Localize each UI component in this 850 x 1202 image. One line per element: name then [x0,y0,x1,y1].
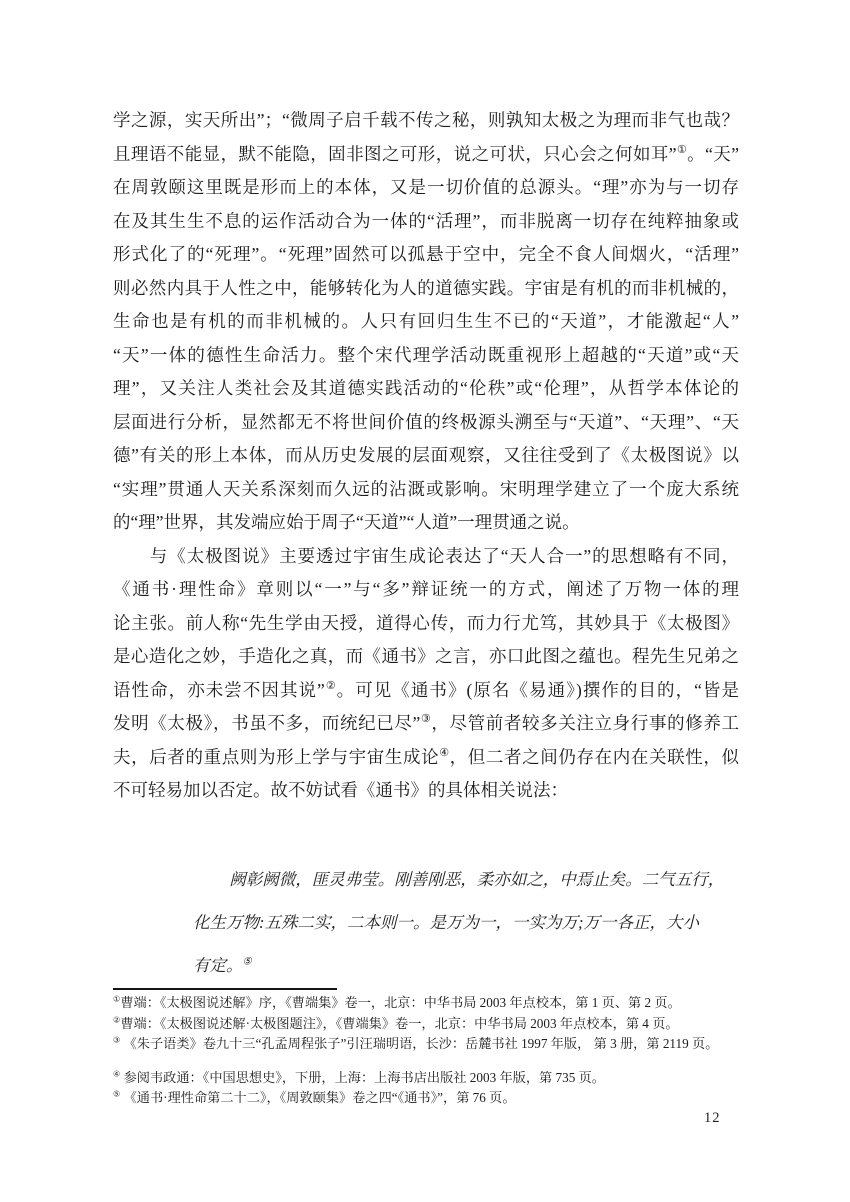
footnotes: ①曹端：《太极图说述解》序，《曹端集》卷一，北京：中华书局 2003 年点校本，… [113,993,753,1109]
body-text: 学之源，实天所出”；“微周子启千载不传之秘，则孰知太极之为理而非气也哉？ 且理语… [113,104,739,808]
quote-line: 有定。⑤ [193,944,749,987]
text-line: 形式化了的“死理”。“死理”固然可以孤悬于空中，完全不食人间烟火，“活理” [113,238,739,272]
footnote-separator [113,988,337,990]
text-line: 学之源，实天所出”；“微周子启千载不传之秘，则孰知太极之为理而非气也哉？ [113,104,739,138]
text-line: 在周敦颐这里既是形而上的本体，又是一切价值的总源头。“理”亦为与一切存 [113,171,739,205]
block-quote: 阙彰阙微，匪灵弗莹。刚善刚恶，柔亦如之，中焉止矣。二气五行， 化生万物:五殊二实… [193,858,749,987]
text-line: 理”，又关注人类社会及其道德实践活动的“伦秩”或“伦理”，从哲学本体论的 [113,372,739,406]
text-line: 论主张。前人称“先生学由天授，道得心传，而力行尤笃，其妙具于《太极图》 [113,607,739,641]
text-line: 生命也是有机的而非机械的。人只有回归生生不已的“天道”，才能激起“人” [113,305,739,339]
footnote-item: ②曹端：《太极图说述解·太极图题注》，《曹端集》卷一，北京：中华书局 2003 … [113,1014,753,1035]
quote-line: 化生万物:五殊二实，二本则一。是万为一，一实为万;万一各正，大小 [193,901,749,944]
paragraph-1: 学之源，实天所出”；“微周子启千载不传之秘，则孰知太极之为理而非气也哉？ 且理语… [113,104,739,540]
text-line: “天”一体的德性生命活力。整个宋代理学活动既重视形上超越的“天道”或“天 [113,339,739,373]
text-line: 且理语不能显，默不能隐，固非图之可形，说之可状，只心会之何如耳”①。“天” [113,138,739,172]
text-line: 与《太极图说》主要透过宇宙生成论表达了“天人合一”的思想略有不同， [113,540,739,574]
text-line: 《通书·理性命》章则以“一”与“多”辩证统一的方式，阐述了万物一体的理 [113,573,739,607]
document-page: 学之源，实天所出”；“微周子启千载不传之秘，则孰知太极之为理而非气也哉？ 且理语… [0,0,850,1202]
footnote-item: ③ 《朱子语类》卷九十三“孔孟周程张子”引汪瑞明语，长沙：岳麓书社 1997 年… [113,1034,753,1055]
text-line: 在及其生生不息的运作活动合为一体的“活理”，而非脱离一切存在纯粹抽象或 [113,205,739,239]
text-line: 层面进行分析，显然都无不将世间价值的终极源头溯至与“天道”、“天理”、“天 [113,406,739,440]
text-line: 的“理”世界，其发端应始于周子“天道”“人道”一理贯通之说。 [113,506,739,540]
text-line: “实理”贯通人天关系深刻而久远的沾溉或影响。宋明理学建立了一个庞大系统 [113,473,739,507]
quote-line: 阙彰阙微，匪灵弗莹。刚善刚恶，柔亦如之，中焉止矣。二气五行， [193,858,749,901]
page-number: 12 [704,1110,721,1127]
text-line: 不可轻易加以否定。故不妨试看《通书》的具体相关说法： [113,774,739,808]
text-line: 是心造化之妙，手造化之真，而《通书》之言，亦口此图之蕴也。程先生兄弟之 [113,640,739,674]
text-line: 发明《太极》，书虽不多，而统纪已尽”③，尽管前者较多关注立身行事的修养工 [113,707,739,741]
text-line: 夫，后者的重点则为形上学与宇宙生成论④，但二者之间仍存在内在关联性，似 [113,741,739,775]
footnote-item: ⑤ 《通书·理性命第二十二》，《周敦颐集》卷之四“《通书》”，第 76 页。 [113,1088,753,1109]
footnote-item: ④ 参阅韦政通：《中国思想史》，下册，上海：上海书店出版社 2003 年版，第 … [113,1068,753,1089]
text-line: 语性命，亦未尝不因其说”②。可见《通书》(原名《易通》)撰作的目的，“皆是 [113,674,739,708]
footnote-item: ①曹端：《太极图说述解》序，《曹端集》卷一，北京：中华书局 2003 年点校本，… [113,993,753,1014]
text-line: 则必然内具于人性之中，能够转化为人的道德实践。宇宙是有机的而非机械的， [113,272,739,306]
text-line: 德”有关的形上本体，而从历史发展的层面观察，又往往受到了《太极图说》以 [113,439,739,473]
paragraph-2: 与《太极图说》主要透过宇宙生成论表达了“天人合一”的思想略有不同， 《通书·理性… [113,540,739,808]
